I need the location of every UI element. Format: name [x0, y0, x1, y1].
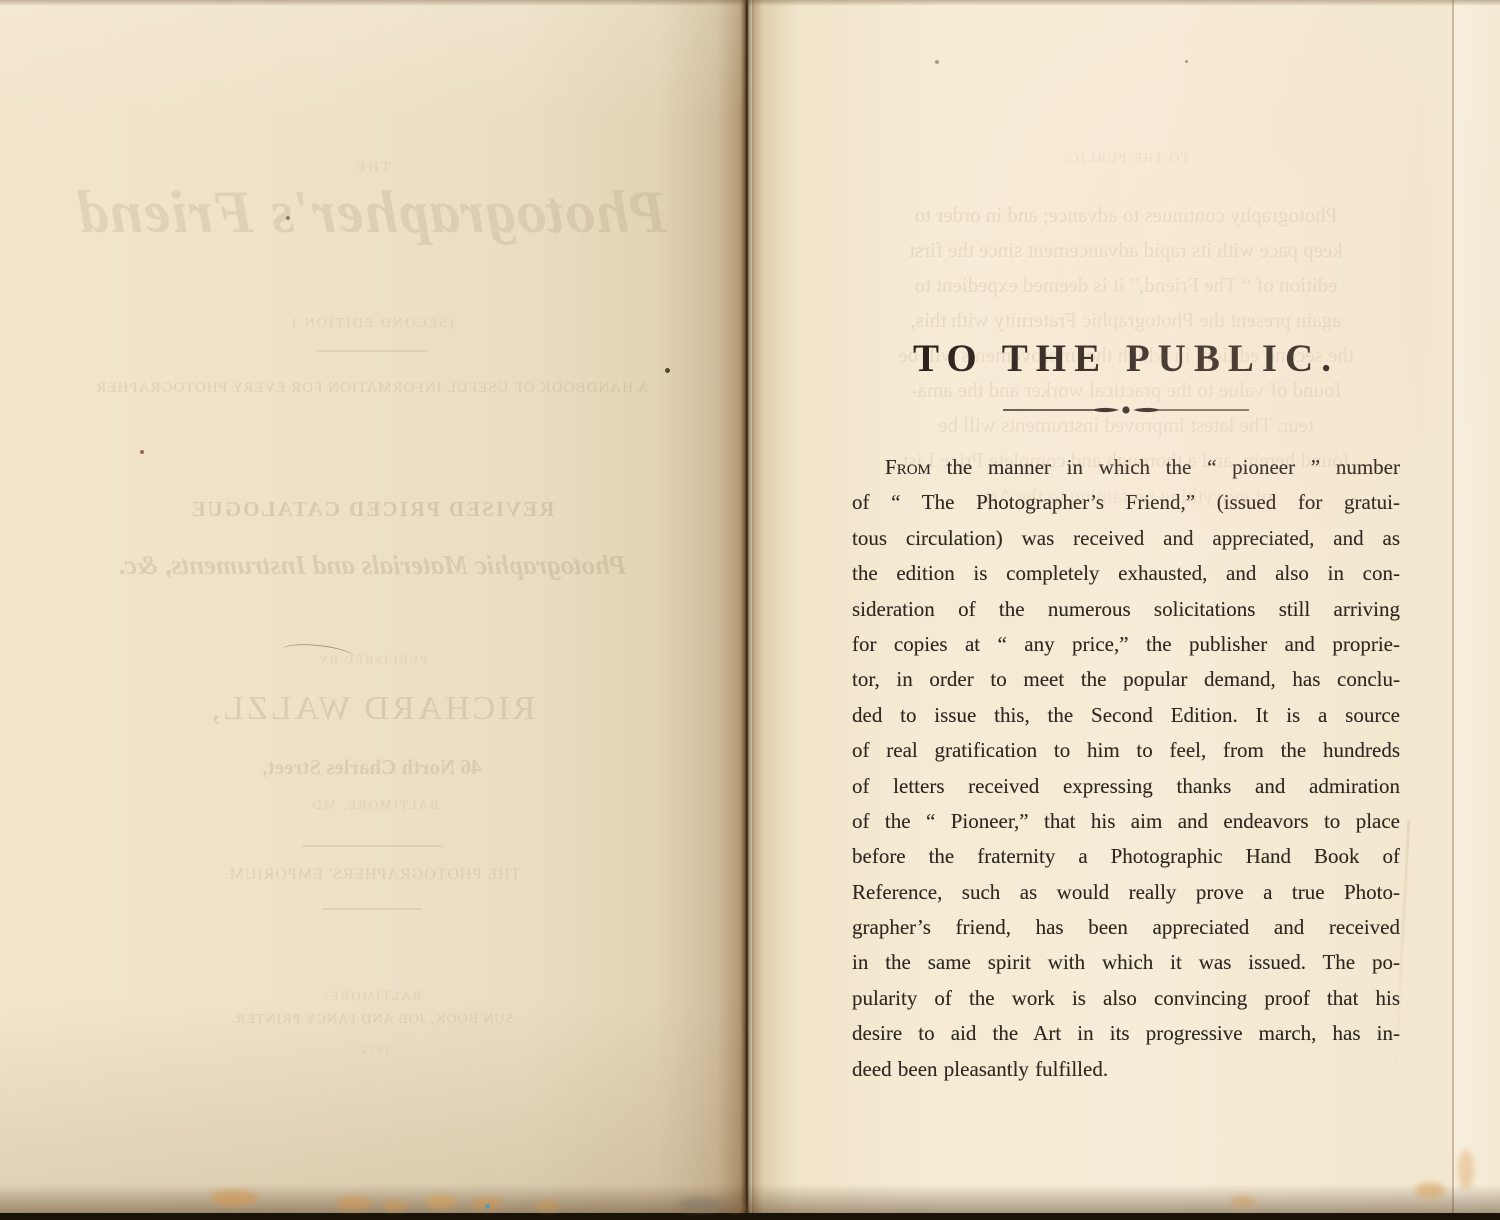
foxing-stain [210, 1190, 258, 1206]
ghost-imprint-city: BALTIMORE: [40, 988, 704, 1004]
ghost-text-line: Photography continues to advance; and in… [852, 203, 1400, 228]
right-page: TO THE PUBLIC. Photography continues to … [752, 0, 1500, 1220]
ghost-rule [322, 908, 422, 910]
page-title: TO THE PUBLIC. [852, 336, 1400, 381]
foxing-stain [1458, 1150, 1474, 1190]
underlying-page-edge [1454, 0, 1500, 1220]
book-scan: THE Photographer's Friend (SECOND EDITIO… [0, 0, 1500, 1220]
ghost-catalogue-line: REVISED PRICED CATALOGUE [40, 497, 704, 522]
text-line: sideration of the numerous solicitations… [852, 592, 1400, 627]
ghost-text-line: again present the Photographic Fraternit… [852, 308, 1400, 333]
dust-speck [485, 1204, 490, 1209]
ghost-publisher-name: RICHARD WALZL, [40, 690, 704, 728]
text-line: tor, in order to meet the popular demand… [852, 662, 1400, 697]
paragraph-lead-rest: the manner in which the “ pioneer ” numb… [931, 455, 1400, 479]
text-line: Reference, such as would really prove a … [852, 875, 1400, 910]
ghost-emporium-line: THE PHOTOGRAPHERS' EMPORIUM. [40, 866, 704, 884]
text-line: of the “ Pioneer,” that his aim and ende… [852, 804, 1400, 839]
text-line: tous circulation) was received and appre… [852, 521, 1400, 556]
scanner-background-band [0, 1213, 1500, 1220]
ghost-rule [317, 350, 427, 352]
ghost-materials-line: Photographic Materials and Instruments, … [40, 550, 704, 581]
foxing-stain [425, 1195, 457, 1209]
dust-speck [286, 216, 290, 220]
foxing-stain [336, 1196, 372, 1210]
dust-speck [1185, 60, 1188, 63]
paragraph-lead-capital: F [885, 455, 897, 479]
book-gutter [740, 0, 754, 1220]
ghost-text-line: keep pace with its rapid advancement sin… [852, 238, 1400, 263]
ghost-edition: (SECOND EDITION.) [40, 316, 704, 332]
ghost-text-line: edition of “ The Friend,” it is deemed e… [852, 273, 1400, 298]
ghost-published-by: PUBLISHED BY [40, 652, 704, 667]
foxing-stain [382, 1200, 408, 1211]
text-line: of real gratification to him to feel, fr… [852, 733, 1400, 768]
left-page-showthrough: THE Photographer's Friend (SECOND EDITIO… [40, 0, 704, 1220]
ghost-title: Photographer's Friend [40, 178, 704, 247]
text-line: the edition is completely exhausted, and… [852, 556, 1400, 591]
ghost-year: 1872. [40, 1042, 704, 1057]
smudge-stain [678, 1198, 724, 1212]
ghost-running-head: TO THE PUBLIC. [852, 150, 1400, 166]
text-line: ded to issue this, the Second Edition. I… [852, 698, 1400, 733]
dust-speck [935, 60, 939, 64]
ghost-city: BALTIMORE, MD. [40, 797, 704, 813]
top-edge-shadow [0, 0, 1500, 6]
ghost-the: THE [40, 160, 704, 176]
section-divider-ornament [1001, 403, 1251, 422]
left-page: THE Photographer's Friend (SECOND EDITIO… [0, 0, 746, 1220]
text-line: deed been pleasantly fulfilled. [852, 1052, 1400, 1087]
text-line: of letters received expressing thanks an… [852, 769, 1400, 804]
foxing-stain [1230, 1196, 1256, 1208]
text-line: pularity of the work is also convincing … [852, 981, 1400, 1016]
dust-speck [140, 450, 144, 454]
text-line: for copies at “ any price,” the publishe… [852, 627, 1400, 662]
body-paragraph: From the manner in which the “ pioneer ”… [852, 450, 1400, 1087]
text-line: of “ The Photographer’s Friend,” (issued… [852, 485, 1400, 520]
text-line: desire to aid the Art in its progressive… [852, 1016, 1400, 1051]
foxing-stain [726, 1202, 746, 1212]
paragraph-small-caps: rom [897, 455, 931, 479]
ghost-address: 46 North Charles Street, [40, 755, 704, 780]
text-line: From the manner in which the “ pioneer ”… [852, 450, 1400, 485]
text-line: in the same spirit with which it was iss… [852, 945, 1400, 980]
ghost-rule [302, 845, 442, 847]
foxing-stain [535, 1200, 559, 1211]
dust-speck [665, 368, 670, 373]
text-line: grapher’s friend, has been appreciated a… [852, 910, 1400, 945]
foxing-stain [1415, 1182, 1445, 1198]
ghost-handbook-line: A HANDBOOK OF USEFUL INFORMATION FOR EVE… [40, 380, 704, 397]
ghost-text-line: found of value to the practical worker a… [852, 378, 1400, 403]
ghost-printer-line: SUN BOOK, JOB AND FANCY PRINTER. [40, 1012, 704, 1028]
text-line: before the fraternity a Photographic Han… [852, 839, 1400, 874]
